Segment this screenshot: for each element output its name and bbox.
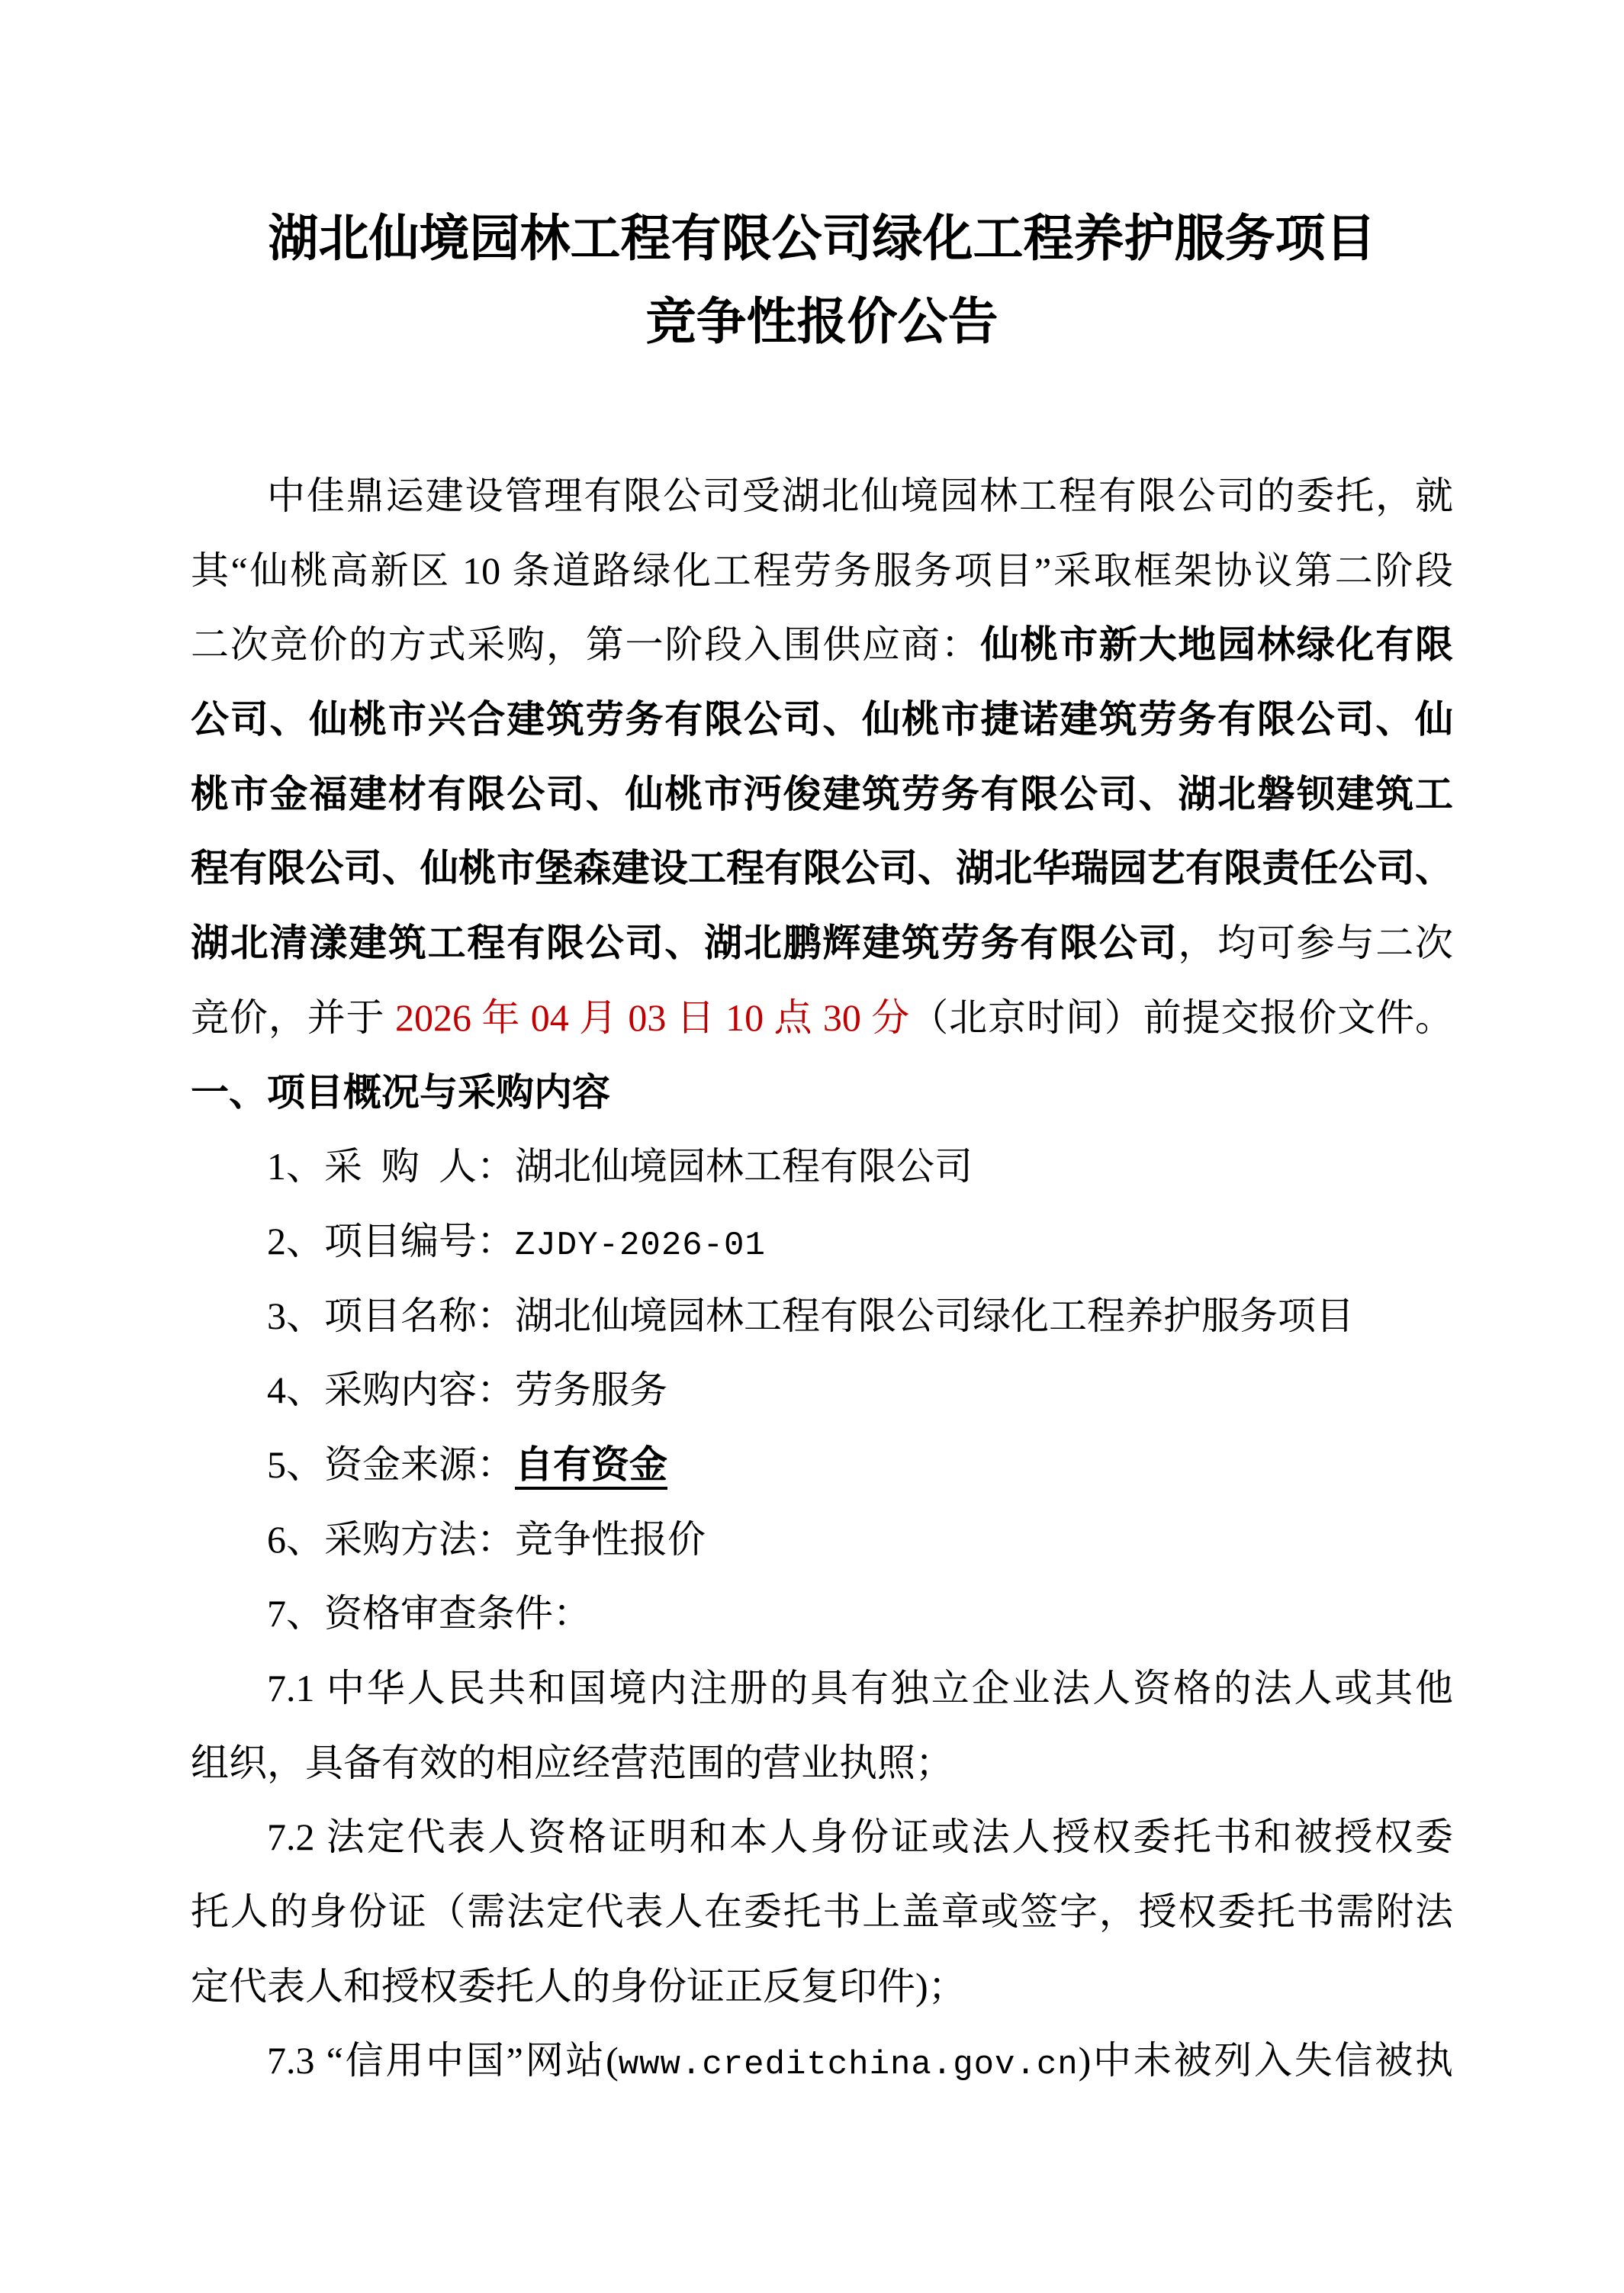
text-segment: 二次竞价的方式采购，第一阶段入围供应商： — [191, 623, 980, 666]
document-page: 湖北仙境园林工程有限公司绿化工程养护服务项目 竞争性报价公告 中佳鼎运建设管理有… — [0, 0, 1624, 2293]
text-segment: 湖北清漾建筑工程有限公司、湖北鹏辉建筑劳务有限公司 — [191, 921, 1178, 964]
text-segment: 组织，具备有效的相应经营范围的营业执照； — [191, 1741, 953, 1784]
text-segment: 程有限公司、仙桃市堡森建设工程有限公司、湖北华瑞园艺有限责任公司、 — [191, 847, 1453, 889]
item-7-2-line-1: 7.2 法定代表人资格证明和本人身份证或法人授权委托书和被授权委 — [191, 1800, 1453, 1875]
text-segment: 桃市金福建材有限公司、仙桃市沔俊建筑劳务有限公司、湖北磐钡建筑工 — [191, 773, 1453, 815]
text-segment: 自有资金 — [515, 1443, 667, 1486]
item-5-fund-source: 5、资金来源：自有资金 — [191, 1428, 1453, 1503]
title-line-1: 湖北仙境园林工程有限公司绿化工程养护服务项目 — [191, 198, 1453, 281]
intro-paragraph-line-1: 中佳鼎运建设管理有限公司受湖北仙境园林工程有限公司的委托，就 — [191, 459, 1453, 534]
text-segment: 7.1 中华人民共和国境内注册的具有独立企业法人资格的法人或其他 — [267, 1667, 1453, 1709]
item-7-2-line-2: 托人的身份证（需法定代表人在委托书上盖章或签字，授权委托书需附法 — [191, 1875, 1453, 1950]
intro-paragraph-line-7: 湖北清漾建筑工程有限公司、湖北鹏辉建筑劳务有限公司，均可参与二次 — [191, 906, 1453, 981]
text-segment: 7.2 法定代表人资格证明和本人身份证或法人授权委托书和被授权委 — [267, 1815, 1453, 1858]
intro-paragraph-line-2: 其“仙桃高新区 10 条道路绿化工程劳务服务项目”采取框架协议第二阶段 — [191, 534, 1453, 609]
text-segment: 中佳鼎运建设管理有限公司受湖北仙境园林工程有限公司的委托，就 — [267, 474, 1453, 517]
document-title: 湖北仙境园林工程有限公司绿化工程养护服务项目 竞争性报价公告 — [191, 198, 1453, 364]
item-4-procurement-content: 4、采购内容：劳务服务 — [191, 1353, 1453, 1428]
text-segment: 定代表人和授权委托人的身份证正反复印件)； — [191, 1965, 966, 2008]
text-segment: 5、资金来源： — [267, 1443, 515, 1486]
text-segment: ，均可参与二次 — [1178, 921, 1453, 964]
text-segment: 7、资格审查条件： — [267, 1592, 591, 1635]
intro-paragraph-line-4: 公司、仙桃市兴合建筑劳务有限公司、仙桃市捷诺建筑劳务有限公司、仙 — [191, 683, 1453, 757]
title-line-2: 竞争性报价公告 — [191, 281, 1453, 364]
text-segment: 4、采购内容：劳务服务 — [267, 1368, 667, 1411]
intro-paragraph-line-3: 二次竞价的方式采购，第一阶段入围供应商：仙桃市新大地园林绿化有限 — [191, 608, 1453, 683]
item-6-procurement-method: 6、采购方法：竞争性报价 — [191, 1503, 1453, 1577]
text-segment: 6、采购方法：竞争性报价 — [267, 1518, 706, 1561]
item-7-2-line-3: 定代表人和授权委托人的身份证正反复印件)； — [191, 1950, 1453, 2024]
text-segment: 1、采 购 人：湖北仙境园林工程有限公司 — [267, 1145, 973, 1188]
intro-paragraph-line-8: 竞价，并于 2026 年 04 月 03 日 10 点 30 分（北京时间）前提… — [191, 981, 1453, 1056]
text-segment: www.creditchina.gov.cn — [619, 2046, 1079, 2084]
intro-paragraph-line-6: 程有限公司、仙桃市堡森建设工程有限公司、湖北华瑞园艺有限责任公司、 — [191, 831, 1453, 906]
text-segment: 3、项目名称：湖北仙境园林工程有限公司绿化工程养护服务项目 — [267, 1294, 1354, 1337]
text-segment: 7.3 “信用中国”网站( — [267, 2039, 619, 2082]
text-segment: 其“仙桃高新区 10 条道路绿化工程劳务服务项目”采取框架协议第二阶段 — [191, 549, 1453, 592]
item-7-qualification-heading: 7、资格审查条件： — [191, 1577, 1453, 1651]
text-segment: 2026 年 04 月 03 日 10 点 30 分 — [395, 996, 910, 1039]
section-heading-1: 一、项目概况与采购内容 — [191, 1056, 1453, 1130]
intro-paragraph-line-5: 桃市金福建材有限公司、仙桃市沔俊建筑劳务有限公司、湖北磐钡建筑工 — [191, 757, 1453, 832]
text-segment: )中未被列入失信被执 — [1079, 2039, 1453, 2082]
item-2-project-number: 2、项目编号：ZJDY-2026-01 — [191, 1204, 1453, 1279]
item-7-1-line-1: 7.1 中华人民共和国境内注册的具有独立企业法人资格的法人或其他 — [191, 1651, 1453, 1726]
text-segment: 一、项目概况与采购内容 — [191, 1071, 610, 1114]
text-segment: 仙桃市新大地园林绿化有限 — [980, 623, 1453, 666]
text-segment: ZJDY-2026-01 — [515, 1227, 766, 1265]
item-7-1-line-2: 组织，具备有效的相应经营范围的营业执照； — [191, 1726, 1453, 1801]
text-segment: 公司、仙桃市兴合建筑劳务有限公司、仙桃市捷诺建筑劳务有限公司、仙 — [191, 698, 1453, 741]
text-segment: 托人的身份证（需法定代表人在委托书上盖章或签字，授权委托书需附法 — [191, 1890, 1453, 1933]
text-segment: 2、项目编号： — [267, 1220, 515, 1262]
document-body: 中佳鼎运建设管理有限公司受湖北仙境园林工程有限公司的委托，就其“仙桃高新区 10… — [191, 459, 1453, 2098]
text-segment: 竞价，并于 — [191, 996, 395, 1039]
item-7-3-line-1: 7.3 “信用中国”网站(www.creditchina.gov.cn)中未被列… — [191, 2024, 1453, 2098]
item-3-project-name: 3、项目名称：湖北仙境园林工程有限公司绿化工程养护服务项目 — [191, 1279, 1453, 1354]
text-segment: （北京时间）前提交报价文件。 — [910, 996, 1453, 1039]
item-1-purchaser: 1、采 购 人：湖北仙境园林工程有限公司 — [191, 1130, 1453, 1204]
